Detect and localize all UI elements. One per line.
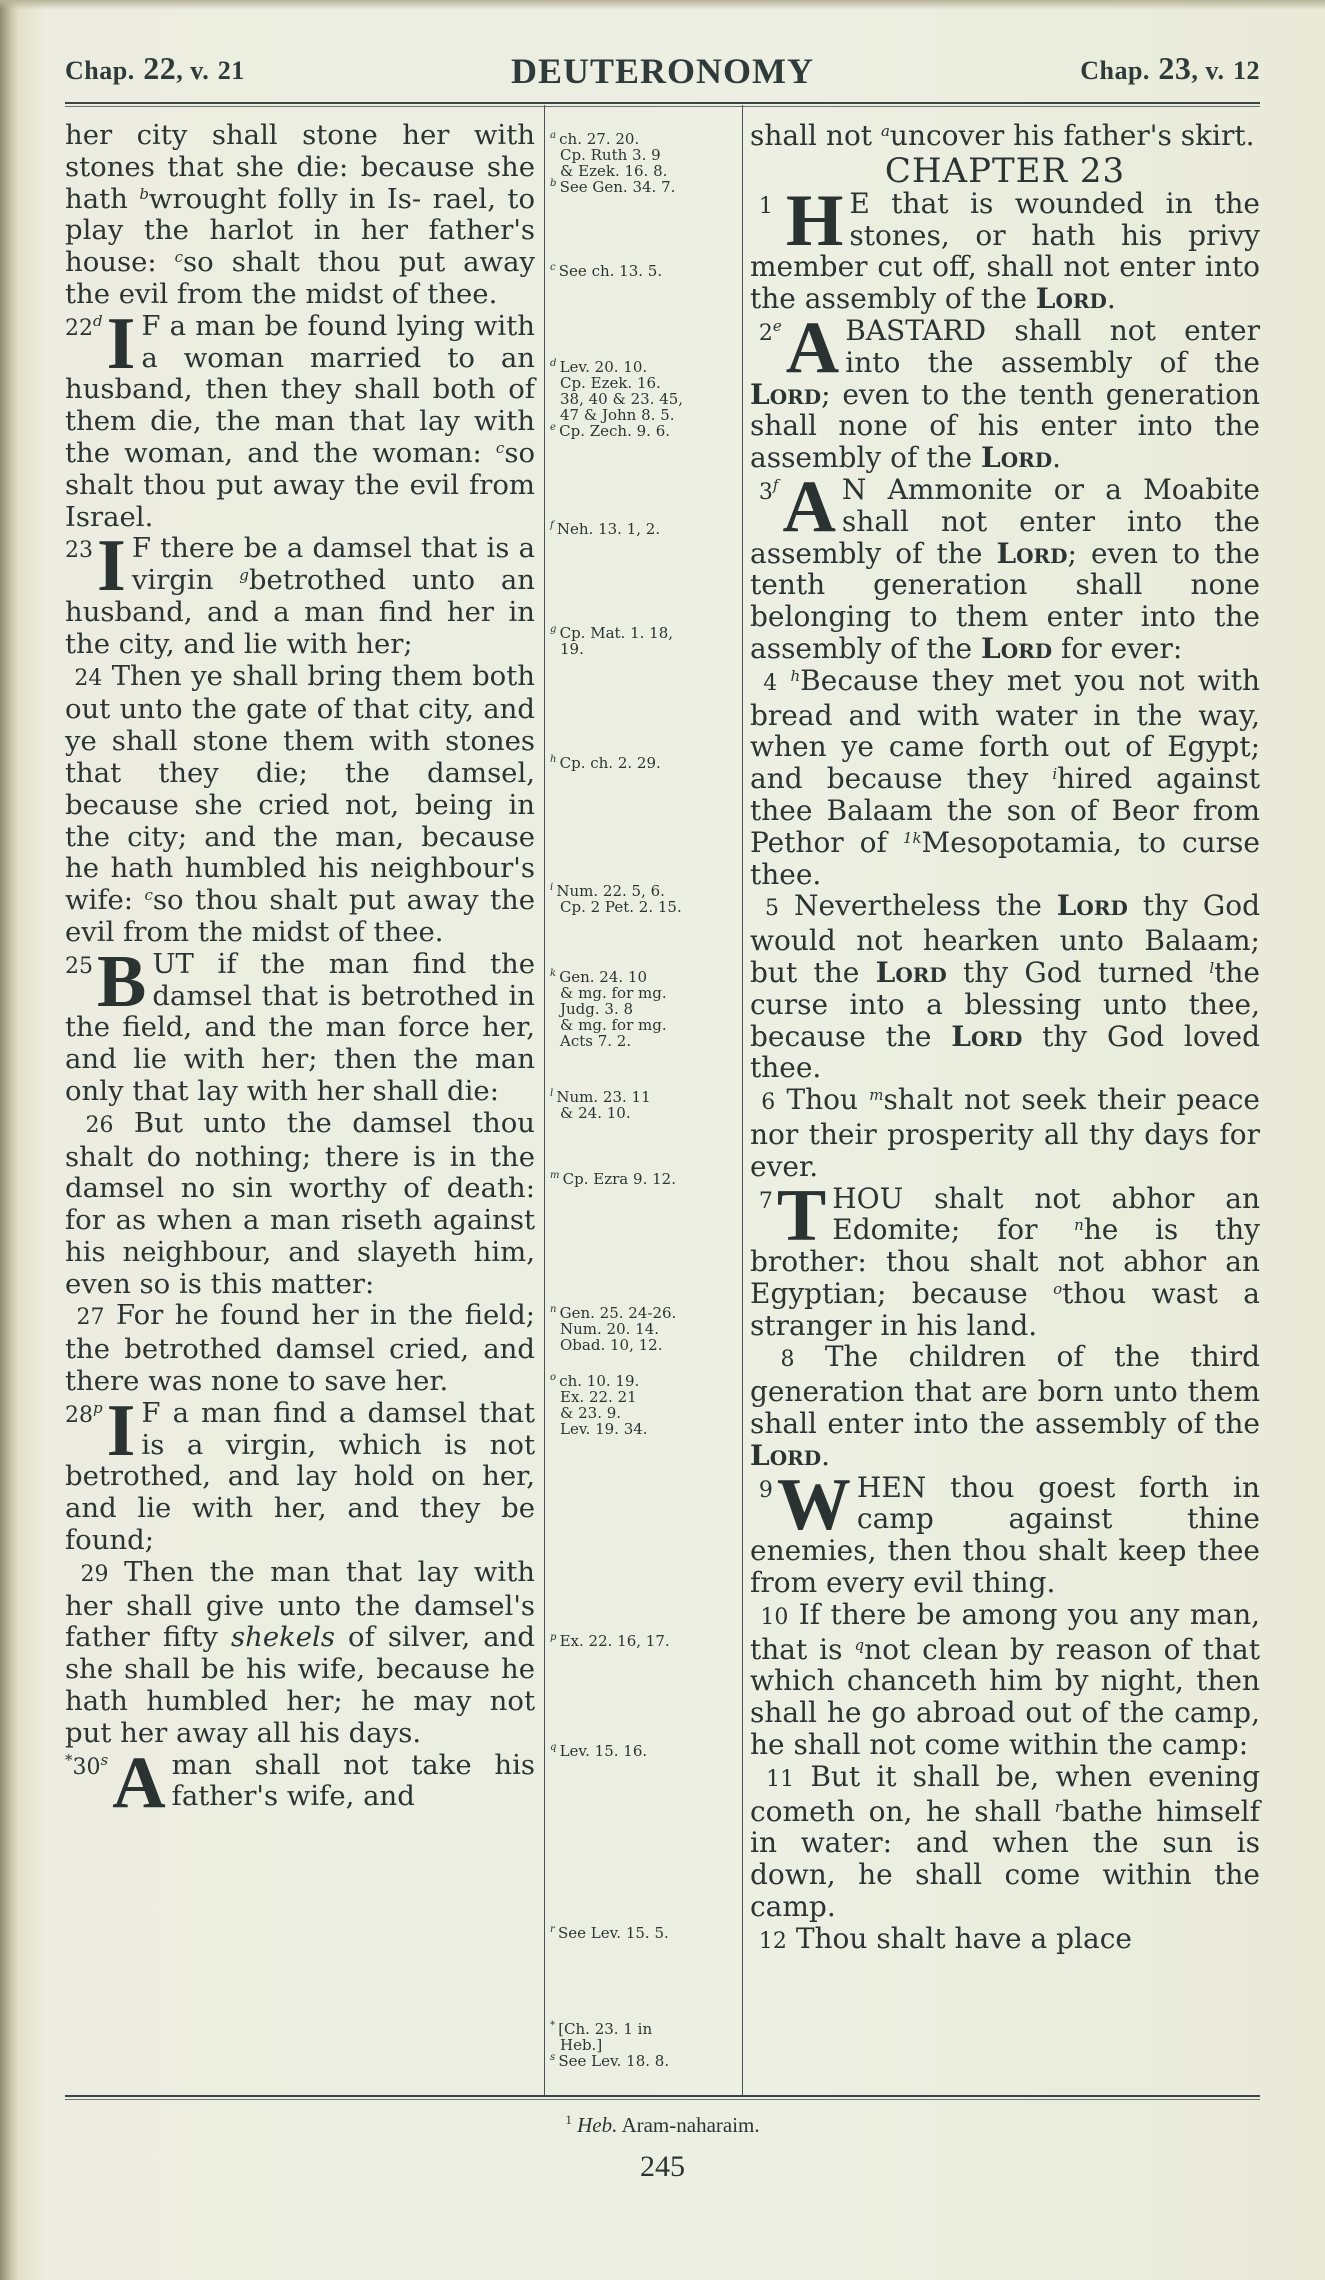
margin-ref-line: l Num. 23. 11: [550, 1086, 740, 1105]
footnote: 1 Heb. Aram-naharaim.: [0, 2112, 1325, 2138]
verse-number: 3: [759, 480, 773, 505]
header-verse-number: 12: [1233, 56, 1260, 85]
margin-ref-letter: p: [550, 1632, 560, 1643]
verse-23: 23I F there be a damsel that is a virgin…: [65, 533, 535, 660]
margin-ref-letter: c: [550, 262, 559, 273]
footnote-marker: 1: [565, 2112, 572, 2127]
verse-number: 27: [77, 1305, 105, 1330]
verse-23-3: 3fA N Ammonite or a Moabite shall not en…: [750, 474, 1260, 665]
margin-ref-p[interactable]: p Ex. 22. 16, 17.: [550, 1630, 740, 1649]
verse-number: 28: [65, 1403, 93, 1428]
margin-ref-line: c See ch. 13. 5.: [550, 260, 740, 279]
margin-ref-line: f Neh. 13. 1, 2.: [550, 518, 740, 537]
margin-ref-line: p Ex. 22. 16, 17.: [550, 1630, 740, 1649]
margin-ref-line: i Num. 22. 5, 6.: [550, 880, 740, 899]
verse-23-7: 7T HOU shalt not abhor an Edomite; for n…: [750, 1183, 1260, 1342]
margin-ref-b[interactable]: b See Gen. 34. 7.: [550, 176, 740, 195]
margin-ref-g[interactable]: g Cp. Mat. 1. 18,19.: [550, 622, 740, 657]
footer-rule: [65, 2095, 1260, 2097]
cross-ref-marker[interactable]: p: [93, 1399, 103, 1417]
book-gutter-shadow: [0, 0, 18, 2280]
margin-ref-s[interactable]: s See Lev. 18. 8.: [550, 2050, 740, 2069]
margin-ref-line: & 24. 10.: [550, 1105, 740, 1121]
margin-ref-letter: a: [550, 130, 559, 141]
margin-ref-letter: k: [550, 968, 559, 979]
margin-ref-line: & 23. 9.: [550, 1405, 740, 1421]
margin-ref-line: r See Lev. 15. 5.: [550, 1922, 740, 1941]
verse-24: 24 Then ye shall bring them both out unt…: [65, 661, 535, 949]
cross-ref-marker[interactable]: f: [773, 476, 779, 494]
divine-name: Lord: [981, 441, 1052, 474]
verse-number: 25: [65, 954, 93, 979]
drop-cap: I: [97, 537, 126, 595]
cross-ref-marker[interactable]: c: [175, 248, 183, 266]
margin-ref-line: Cp. 2 Pet. 2. 15.: [550, 899, 740, 915]
margin-ref-l[interactable]: l Num. 23. 11& 24. 10.: [550, 1086, 740, 1121]
drop-cap: W: [777, 1476, 851, 1534]
margin-ref-d[interactable]: d Lev. 20. 10.Cp. Ezek. 16.38, 40 & 23. …: [550, 356, 740, 423]
margin-ref-line: a ch. 27. 20.: [550, 128, 740, 147]
header-verse-number: 21: [218, 56, 245, 85]
drop-cap: A: [782, 478, 835, 536]
margin-ref-f[interactable]: f Neh. 13. 1, 2.: [550, 518, 740, 537]
drop-cap: I: [107, 315, 136, 373]
margin-ref-line: n Gen. 25. 24-26.: [550, 1302, 740, 1321]
margin-ref-letter: e: [550, 422, 559, 433]
verse-number: 6: [761, 1090, 775, 1115]
verse-25: 25B UT if the man find the damsel that i…: [65, 949, 535, 1108]
header-rule: [65, 102, 1260, 104]
verse-30-continuation: shall not auncover his father's skirt.: [750, 120, 1260, 152]
book-title: DEUTERONOMY: [511, 50, 814, 92]
header-verse-sep: , v.: [176, 56, 209, 85]
verse-23-8: 8 The children of the third generation t…: [750, 1341, 1260, 1471]
verse-number: 10: [760, 1605, 788, 1630]
margin-ref-c[interactable]: c See ch. 13. 5.: [550, 260, 740, 279]
margin-ref-n[interactable]: n Gen. 25. 24-26.Num. 20. 14.Obad. 10, 1…: [550, 1302, 740, 1353]
margin-ref-line: * [Ch. 23. 1 in: [550, 2018, 740, 2037]
cross-ref-marker[interactable]: m: [869, 1086, 883, 1104]
margin-ref-k[interactable]: k Gen. 24. 10& mg. for mg.Judg. 3. 8& mg…: [550, 966, 740, 1049]
footnote-abbrev: Heb.: [577, 2113, 617, 2137]
divine-name: Lord: [1057, 889, 1128, 922]
page-number: 245: [0, 2150, 1325, 2184]
margin-ref-line: & mg. for mg.: [550, 1017, 740, 1033]
cross-ref-marker[interactable]: s: [101, 1751, 109, 1769]
cross-ref-marker[interactable]: q: [854, 1636, 864, 1654]
cross-ref-marker[interactable]: b: [139, 185, 149, 203]
left-text-column: her city shall stone her with stones tha…: [65, 120, 535, 1813]
drop-cap: B: [97, 953, 146, 1011]
margin-ref-line: Acts 7. 2.: [550, 1033, 740, 1049]
margin-ref-letter: o: [550, 1372, 559, 1383]
header-verse-sep: , v.: [1191, 56, 1224, 85]
margin-ref-line: d Lev. 20. 10.: [550, 356, 740, 375]
margin-ref-o[interactable]: o ch. 10. 19.Ex. 22. 21& 23. 9.Lev. 19. …: [550, 1370, 740, 1437]
verse-number: 29: [81, 1562, 109, 1587]
header-chap-label: Chap.: [65, 56, 135, 85]
verse-number: 11: [766, 1767, 794, 1792]
margin-ref-a[interactable]: a ch. 27. 20.Cp. Ruth 3. 9& Ezek. 16. 8.: [550, 128, 740, 179]
verse-23-6: 6 Thou mshalt not seek their peace nor t…: [750, 1084, 1260, 1182]
margin-ref-line: k Gen. 24. 10: [550, 966, 740, 985]
verse-number: 24: [74, 666, 102, 691]
verse-number: 4: [763, 671, 777, 696]
verse-28: 28pI F a man find a damsel that is a vir…: [65, 1398, 535, 1557]
header-right-range: Chap. 23, v. 12: [1080, 50, 1260, 87]
margin-ref-letter: d: [550, 358, 560, 369]
margin-ref-line: Num. 20. 14.: [550, 1321, 740, 1337]
verse-23-11: 11 But it shall be, when evening cometh …: [750, 1761, 1260, 1923]
verse-number: 12: [759, 1929, 787, 1954]
cross-ref-marker[interactable]: 1k: [903, 829, 922, 847]
margin-ref-line: m Cp. Ezra 9. 12.: [550, 1168, 740, 1187]
margin-ref-line: 38, 40 & 23. 45,: [550, 391, 740, 407]
margin-ref-letter: *: [550, 2020, 558, 2031]
margin-ref-line: & mg. for mg.: [550, 985, 740, 1001]
verse-number: 5: [765, 896, 779, 921]
margin-ref-line: g Cp. Mat. 1. 18,: [550, 622, 740, 641]
header-left-range: Chap. 22, v. 21: [65, 50, 245, 87]
drop-cap: A: [112, 1754, 165, 1812]
drop-cap: A: [786, 319, 839, 377]
margin-ref-line: o ch. 10. 19.: [550, 1370, 740, 1389]
margin-ref-letter: r: [550, 1924, 558, 1935]
verse-23-2: 2eA BASTARD shall not enter into the ass…: [750, 315, 1260, 474]
divine-name: Lord: [951, 1020, 1022, 1053]
verse-26: 26 But unto the damsel thou shalt do not…: [65, 1108, 535, 1301]
drop-cap: T: [777, 1187, 826, 1245]
cross-ref-marker[interactable]: o: [1053, 1280, 1062, 1298]
header-chap-label: Chap.: [1080, 56, 1150, 85]
divine-name: Lord: [876, 956, 947, 989]
margin-ref-line: Ex. 22. 21: [550, 1389, 740, 1405]
margin-ref-line: Judg. 3. 8: [550, 1001, 740, 1017]
column-divider-left: [544, 105, 545, 2095]
drop-cap: I: [107, 1402, 136, 1460]
margin-ref-r[interactable]: r See Lev. 15. 5.: [550, 1922, 740, 1941]
margin-ref-h[interactable]: h Cp. ch. 2. 29.: [550, 752, 740, 771]
cross-ref-marker[interactable]: d: [93, 312, 103, 330]
margin-ref-i[interactable]: i Num. 22. 5, 6.Cp. 2 Pet. 2. 15.: [550, 880, 740, 915]
verse-number: 22: [65, 316, 93, 341]
margin-ref-letter: b: [550, 178, 560, 189]
margin-ref-line: Lev. 19. 34.: [550, 1421, 740, 1437]
margin-ref-star[interactable]: * [Ch. 23. 1 inHeb.]: [550, 2018, 740, 2053]
page-top-edge: [0, 0, 1325, 10]
verse-number: 9: [759, 1478, 773, 1503]
margin-ref-line: Cp. Ruth 3. 9: [550, 147, 740, 163]
verse-22: 22dI F a man be found lying with a woman…: [65, 311, 535, 534]
cross-ref-marker[interactable]: e: [773, 317, 782, 335]
margin-ref-letter: l: [550, 1088, 556, 1099]
margin-ref-m[interactable]: m Cp. Ezra 9. 12.: [550, 1168, 740, 1187]
verse-23-10: 10 If there be among you any man, that i…: [750, 1599, 1260, 1761]
cross-ref-marker[interactable]: a: [881, 122, 890, 140]
drop-cap: H: [786, 192, 844, 250]
verse-21-continuation: her city shall stone her with stones tha…: [65, 120, 535, 311]
margin-ref-letter: h: [550, 754, 560, 765]
chapter-division-marker[interactable]: *: [65, 1751, 73, 1769]
margin-ref-letter: f: [550, 520, 557, 531]
margin-ref-line: s See Lev. 18. 8.: [550, 2050, 740, 2069]
cross-ref-marker[interactable]: g: [239, 566, 249, 584]
margin-ref-line: e Cp. Zech. 9. 6.: [550, 420, 740, 439]
verse-23-4: 4 hBecause they met you not with bread a…: [750, 665, 1260, 891]
verse-number: 23: [65, 538, 93, 563]
footnote-text: Aram-naharaim.: [617, 2113, 759, 2137]
verse-number: 2: [759, 321, 773, 346]
cross-ref-marker[interactable]: c: [144, 886, 152, 904]
verse-number: 30: [73, 1755, 101, 1780]
margin-ref-line: b See Gen. 34. 7.: [550, 176, 740, 195]
margin-ref-letter: g: [550, 624, 560, 635]
margin-ref-line: Obad. 10, 12.: [550, 1337, 740, 1353]
italic-supplied-word: shekels: [231, 1621, 335, 1653]
divine-name: Lord: [981, 632, 1052, 665]
verse-23-12: 12 Thou shalt have a place: [750, 1923, 1260, 1958]
margin-ref-q[interactable]: q Lev. 15. 16.: [550, 1740, 740, 1759]
verse-29: 29 Then the man that lay with her shall …: [65, 1557, 535, 1750]
verse-number: 7: [759, 1189, 773, 1214]
margin-ref-line: 19.: [550, 641, 740, 657]
margin-ref-letter: i: [550, 882, 556, 893]
margin-ref-line: Cp. Ezek. 16.: [550, 375, 740, 391]
divine-name: Lord: [1036, 282, 1107, 315]
column-divider-right: [742, 105, 743, 2095]
margin-ref-letter: q: [550, 1742, 560, 1753]
margin-ref-letter: n: [550, 1304, 560, 1315]
verse-27: 27 For he found her in the field; the be…: [65, 1300, 535, 1397]
margin-ref-letter: m: [550, 1170, 563, 1181]
verse-number: 1: [759, 194, 773, 219]
verse-23-5: 5 Nevertheless the Lord thy God would no…: [750, 890, 1260, 1084]
verse-23-1: 1 H E that is wounded in the stones, or …: [750, 188, 1260, 315]
verse-30: *30sA man shall not take his father's wi…: [65, 1750, 535, 1814]
right-text-column: shall not auncover his father's skirt. C…: [750, 120, 1260, 1958]
margin-ref-line: q Lev. 15. 16.: [550, 1740, 740, 1759]
header-chapter-number: 22: [143, 50, 176, 86]
header-chapter-number: 23: [1158, 50, 1191, 86]
verse-23-9: 9W HEN thou goest forth in camp against …: [750, 1472, 1260, 1599]
margin-ref-e[interactable]: e Cp. Zech. 9. 6.: [550, 420, 740, 439]
margin-ref-line: h Cp. ch. 2. 29.: [550, 752, 740, 771]
divine-name: Lord: [996, 537, 1067, 570]
divine-name: Lord: [750, 378, 821, 411]
running-header: Chap. 22, v. 21 DEUTERONOMY Chap. 23, v.…: [65, 50, 1260, 95]
margin-ref-letter: s: [550, 2052, 558, 2063]
cross-ref-marker[interactable]: n: [1074, 1216, 1084, 1234]
verse-number: 8: [780, 1347, 794, 1372]
verse-number: 26: [85, 1113, 113, 1138]
cross-ref-marker[interactable]: h: [791, 667, 801, 685]
